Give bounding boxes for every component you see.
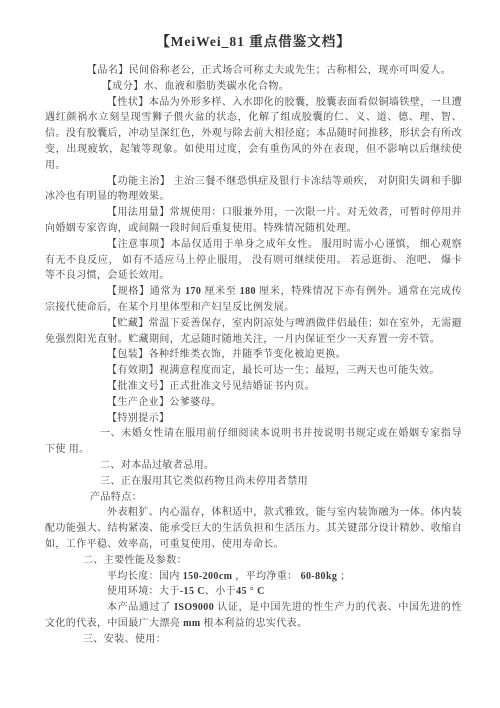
paragraph-features-body: 外表粗犷、内心温存，体积适中，款式雅致，能与室内装饰融为一体。体内装配功能强大、… [45, 505, 462, 552]
paragraph-dosage: 【用法用量】常规使用：口服兼外用，一次限一片。对无效者，可暂时停用并向婚姻专家咨… [45, 205, 462, 237]
paragraph-length-weight: 平均长度：国内 150-200cm ，平均净重： 60-80kg ； [45, 569, 462, 585]
paragraph-indications: 【功能主治】 主治三餐不继恐惧症及银行卡冻结等顽疾， 对阴阳失调和手脚冰冷也有明… [45, 174, 462, 206]
paragraph-storage: 【贮藏】常温下妥善保存，室内阴凉处与啤酒做伴侣最佳；如在室外，无需避免强烈阳光直… [45, 316, 462, 348]
document-body: 【品名】民间俗称老公，正式场合可称丈夫或先生；古称相公，现亦可叫爱人。 【成分】… [45, 63, 462, 647]
paragraph-performance-heading: 二、主要性能及参数： [45, 553, 462, 569]
paragraph-properties: 【性状】本品为外形多样、入水即化的胶囊，胶囊表面看似铜墙铁壁，一旦遭遇红颜祸水立… [45, 95, 462, 174]
document-title: 【MeiWei_81 重点借鉴文档】 [45, 30, 462, 50]
paragraph-precautions: 【注意事项】本品仅适用于单身之成年女性。 服用时需小心谨慎， 细心观察有无不良反… [45, 237, 462, 284]
paragraph-features-heading: 产品特点： [45, 490, 462, 506]
paragraph-packaging: 【包装】各种纤维类衣饰，并随季节变化被迫更换。 [45, 347, 462, 363]
paragraph-validity: 【有效期】视满意程度而定，最长可达一生；最短，三两天也可能失效。 [45, 363, 462, 379]
paragraph-specification: 【规格】通常为 170 厘米至 180 厘米，特殊情况下亦有例外。通常在完成传宗… [45, 284, 462, 316]
notice-item-3: 三、正在服用其它类似药物且尚未停用者禁用 [45, 474, 462, 490]
paragraph-product-name: 【品名】民间俗称老公，正式场合可称丈夫或先生；古称相公，现亦可叫爱人。 [45, 63, 462, 79]
notice-item-1: 一、未婚女性请在服用前仔细阅读本说明书并按说明书规定或在婚姻专家指导下使 用。 [45, 426, 462, 458]
paragraph-install-heading: 三、安装、使用： [45, 632, 462, 648]
paragraph-ingredients: 【成分】水、血液和脂肪类碳水化合物。 [45, 79, 462, 95]
notice-item-2: 二、对本品过敏者忌用。 [45, 458, 462, 474]
paragraph-manufacturer: 【生产企业】公爹婆母。 [45, 395, 462, 411]
paragraph-special-notice: 【特别提示】 [45, 411, 462, 427]
paragraph-approval-number: 【批准文号】正式批准文号见结婚证书内页。 [45, 379, 462, 395]
paragraph-environment: 使用环境：大于-15 C、小于45 ° C [45, 584, 462, 600]
paragraph-iso-cert: 本产品通过了 ISO9000 认证，是中国先进的性生产力的代表、中国先进的性文化… [45, 600, 462, 632]
document-page: 【MeiWei_81 重点借鉴文档】 【品名】民间俗称老公，正式场合可称丈夫或先… [0, 0, 500, 708]
